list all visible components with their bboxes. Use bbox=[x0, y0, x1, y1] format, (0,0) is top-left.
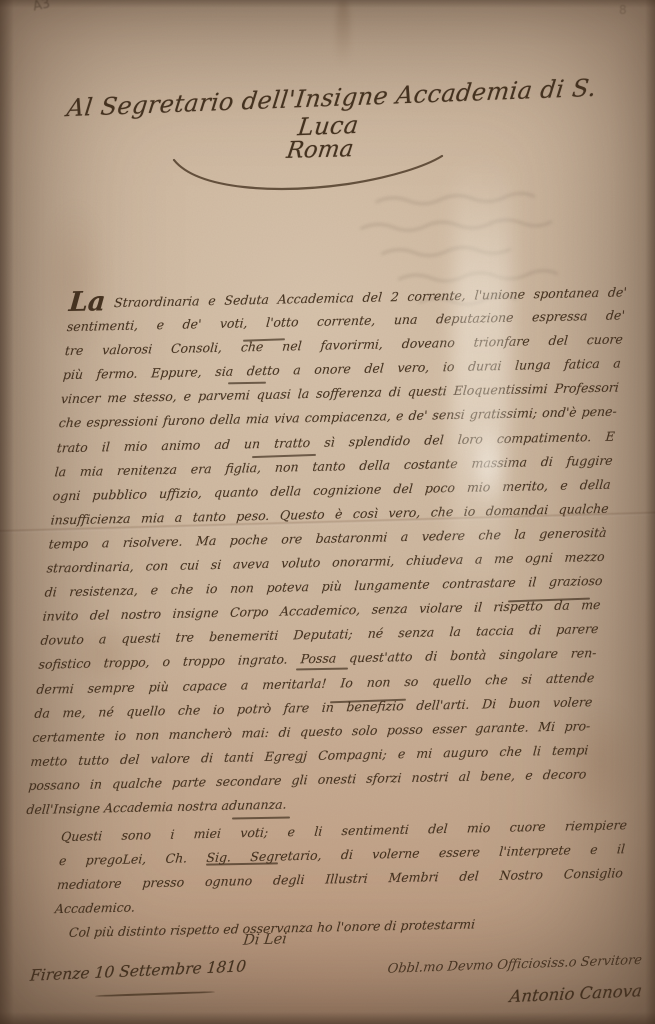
letter-body: La Straordinaria e Seduta Accademica del… bbox=[25, 279, 627, 822]
photo-edge-shadow bbox=[0, 0, 14, 1024]
letter-closing: Questi sono i miei voti; e li sentimenti… bbox=[52, 814, 628, 947]
glass-glare-spot bbox=[468, 420, 508, 510]
dateline-underline bbox=[95, 991, 215, 997]
signature-name: Antonio Canova bbox=[427, 981, 643, 1010]
letter-photo: A3 8 Al Segretario dell'Insigne Accademi… bbox=[0, 0, 655, 1024]
photo-edge-shadow bbox=[0, 0, 655, 8]
glass-glare-streak bbox=[448, 158, 514, 599]
drop-cap-initial: La bbox=[68, 286, 107, 318]
signature-honorific: Obbl.mo Devmo Officiosiss.o Servitore bbox=[347, 953, 643, 978]
ink-strikethrough bbox=[232, 816, 290, 819]
calligraphic-swash bbox=[168, 150, 448, 194]
pencil-page-number: 8 bbox=[619, 3, 627, 17]
pencil-archival-mark: A3 bbox=[32, 0, 52, 15]
ink-drip-stain bbox=[336, 0, 350, 66]
di-lei-line: Di Lei bbox=[204, 930, 326, 950]
photo-edge-shadow bbox=[0, 1012, 655, 1024]
dateline: Firenze 10 Settembre 1810 bbox=[29, 957, 247, 985]
